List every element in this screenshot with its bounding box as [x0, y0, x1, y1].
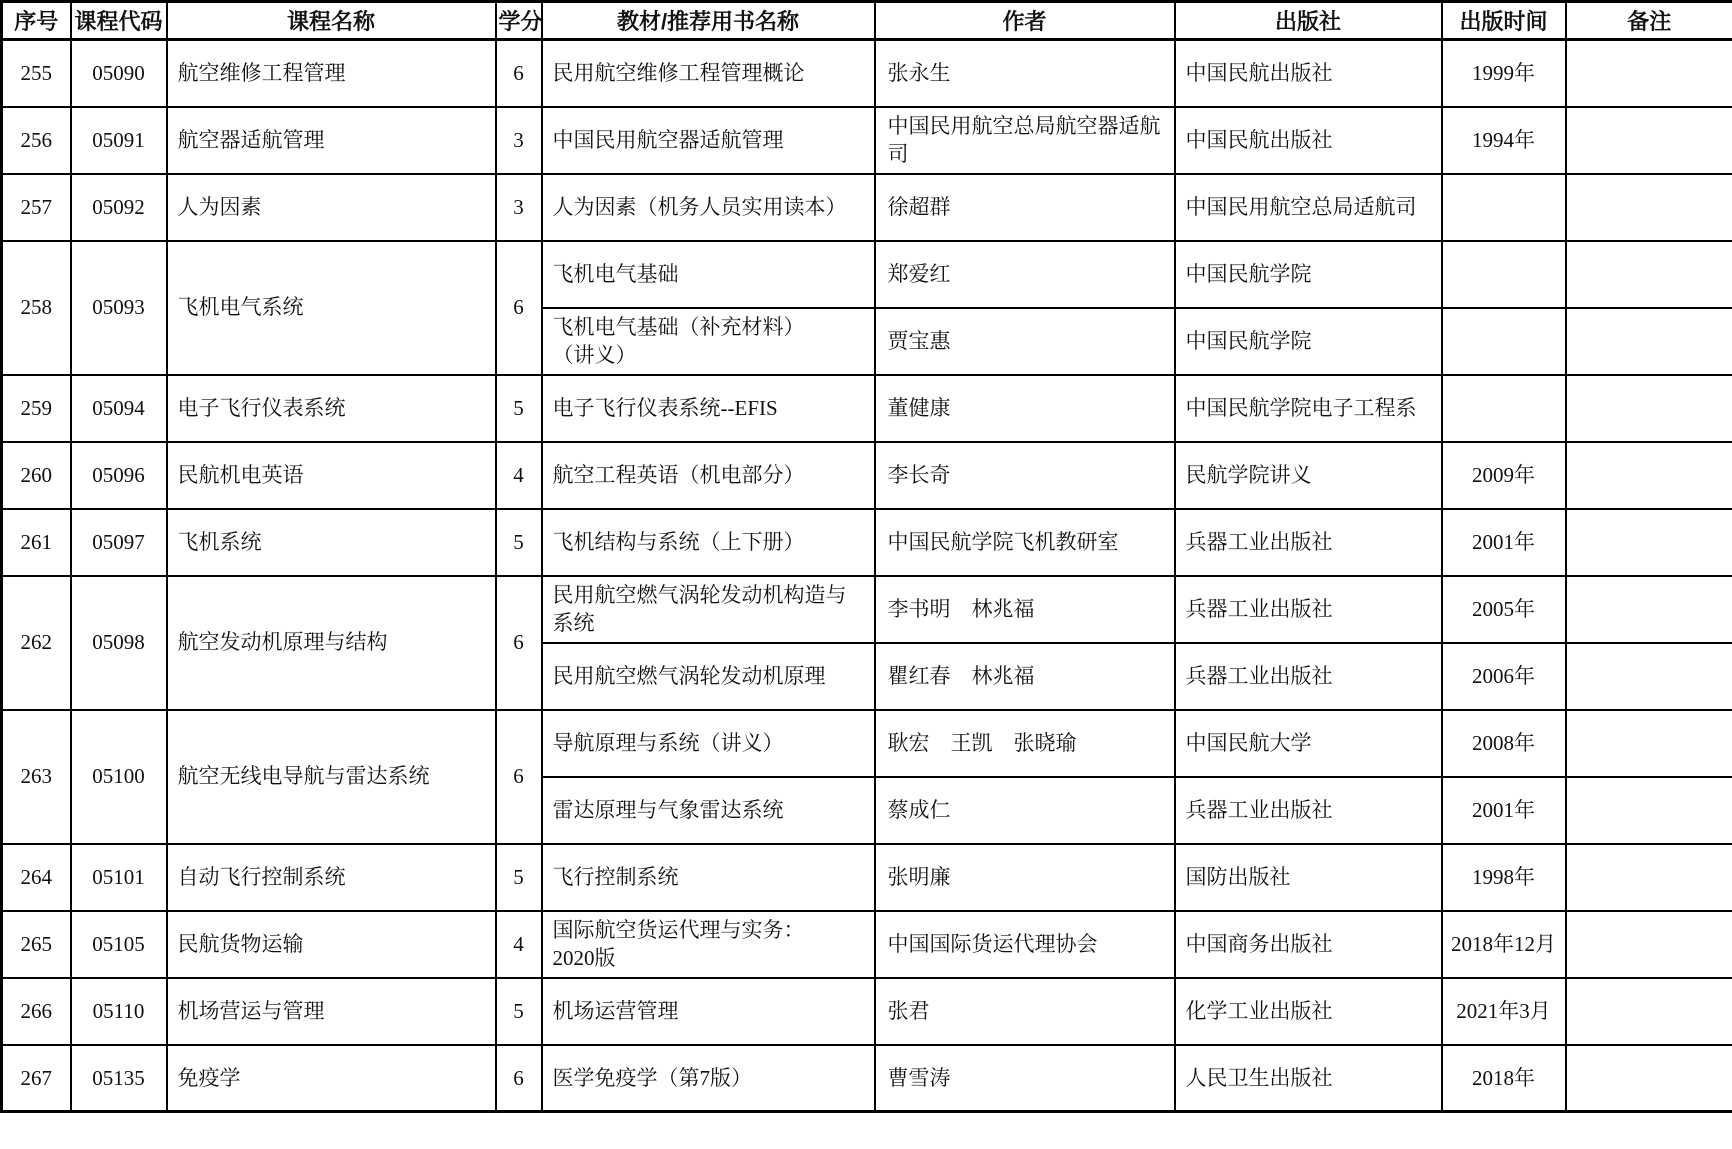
author-cell: 中国国际货运代理协会 — [875, 911, 1175, 978]
course-name-cell: 航空无线电导航与雷达系统 — [167, 710, 496, 844]
pub-date-cell: 1994年 — [1442, 107, 1566, 174]
note-cell — [1566, 375, 1732, 442]
publisher-cell: 兵器工业出版社 — [1175, 509, 1442, 576]
course-name-cell: 自动飞行控制系统 — [167, 844, 496, 911]
table-row: 25905094电子飞行仪表系统5电子飞行仪表系统--EFIS董健康中国民航学院… — [2, 375, 1732, 442]
credits-cell: 6 — [496, 576, 542, 710]
seq-cell: 264 — [2, 844, 71, 911]
seq-cell: 265 — [2, 911, 71, 978]
code-cell: 05105 — [71, 911, 167, 978]
course-name-cell: 民航货物运输 — [167, 911, 496, 978]
pub-date-cell: 2009年 — [1442, 442, 1566, 509]
book-title-cell: 人为因素（机务人员实用读本） — [542, 174, 875, 241]
note-cell — [1566, 1045, 1732, 1112]
course-name-cell: 航空器适航管理 — [167, 107, 496, 174]
publisher-cell: 中国商务出版社 — [1175, 911, 1442, 978]
seq-cell: 256 — [2, 107, 71, 174]
publisher-cell: 人民卫生出版社 — [1175, 1045, 1442, 1112]
seq-cell: 263 — [2, 710, 71, 844]
author-cell: 李长奇 — [875, 442, 1175, 509]
publisher-cell: 兵器工业出版社 — [1175, 643, 1442, 710]
header-row: 序号 课程代码 课程名称 学分 教材/推荐用书名称 作者 出版社 出版时间 备注 — [2, 2, 1732, 40]
note-cell — [1566, 308, 1732, 375]
author-cell: 耿宏 王凯 张晓瑜 — [875, 710, 1175, 777]
book-title-cell: 机场运营管理 — [542, 978, 875, 1045]
book-title-cell: 医学免疫学（第7版） — [542, 1045, 875, 1112]
table-row: 25505090航空维修工程管理6民用航空维修工程管理概论张永生中国民航出版社1… — [2, 40, 1732, 107]
table-row: 26205098航空发动机原理与结构6民用航空燃气涡轮发动机构造与 系统李书明 … — [2, 576, 1732, 643]
note-cell — [1566, 241, 1732, 308]
col-header-code: 课程代码 — [71, 2, 167, 40]
course-name-cell: 航空发动机原理与结构 — [167, 576, 496, 710]
seq-cell: 255 — [2, 40, 71, 107]
note-cell — [1566, 576, 1732, 643]
note-cell — [1566, 442, 1732, 509]
code-cell: 05101 — [71, 844, 167, 911]
code-cell: 05092 — [71, 174, 167, 241]
code-cell: 05096 — [71, 442, 167, 509]
credits-cell: 4 — [496, 442, 542, 509]
book-title-cell: 中国民用航空器适航管理 — [542, 107, 875, 174]
col-header-note: 备注 — [1566, 2, 1732, 40]
col-header-course: 课程名称 — [167, 2, 496, 40]
seq-cell: 258 — [2, 241, 71, 375]
author-cell: 徐超群 — [875, 174, 1175, 241]
credits-cell: 3 — [496, 107, 542, 174]
col-header-title: 教材/推荐用书名称 — [542, 2, 875, 40]
seq-cell: 257 — [2, 174, 71, 241]
table-body: 25505090航空维修工程管理6民用航空维修工程管理概论张永生中国民航出版社1… — [2, 40, 1732, 1112]
note-cell — [1566, 978, 1732, 1045]
book-title-cell: 电子飞行仪表系统--EFIS — [542, 375, 875, 442]
publisher-cell: 中国民航出版社 — [1175, 107, 1442, 174]
book-title-cell: 国际航空货运代理与实务： 2020版 — [542, 911, 875, 978]
pub-date-cell: 2021年3月 — [1442, 978, 1566, 1045]
credits-cell: 6 — [496, 40, 542, 107]
pub-date-cell — [1442, 174, 1566, 241]
course-name-cell: 机场营运与管理 — [167, 978, 496, 1045]
seq-cell: 262 — [2, 576, 71, 710]
credits-cell: 6 — [496, 1045, 542, 1112]
code-cell: 05098 — [71, 576, 167, 710]
course-name-cell: 飞机电气系统 — [167, 241, 496, 375]
publisher-cell: 民航学院讲义 — [1175, 442, 1442, 509]
code-cell: 05091 — [71, 107, 167, 174]
credits-cell: 5 — [496, 978, 542, 1045]
table-row: 26305100航空无线电导航与雷达系统6导航原理与系统（讲义）耿宏 王凯 张晓… — [2, 710, 1732, 777]
book-title-cell: 飞行控制系统 — [542, 844, 875, 911]
note-cell — [1566, 710, 1732, 777]
pub-date-cell — [1442, 241, 1566, 308]
author-cell: 张永生 — [875, 40, 1175, 107]
note-cell — [1566, 844, 1732, 911]
author-cell: 张君 — [875, 978, 1175, 1045]
seq-cell: 260 — [2, 442, 71, 509]
note-cell — [1566, 509, 1732, 576]
seq-cell: 267 — [2, 1045, 71, 1112]
course-name-cell: 人为因素 — [167, 174, 496, 241]
pub-date-cell: 2005年 — [1442, 576, 1566, 643]
col-header-author: 作者 — [875, 2, 1175, 40]
table-row: 26605110机场营运与管理5机场运营管理张君化学工业出版社2021年3月 — [2, 978, 1732, 1045]
seq-cell: 261 — [2, 509, 71, 576]
author-cell: 张明廉 — [875, 844, 1175, 911]
publisher-cell: 兵器工业出版社 — [1175, 777, 1442, 844]
seq-cell: 266 — [2, 978, 71, 1045]
course-name-cell: 航空维修工程管理 — [167, 40, 496, 107]
col-header-credits: 学分 — [496, 2, 542, 40]
note-cell — [1566, 911, 1732, 978]
author-cell: 瞿红春 林兆福 — [875, 643, 1175, 710]
pub-date-cell — [1442, 308, 1566, 375]
publisher-cell: 中国民航大学 — [1175, 710, 1442, 777]
credits-cell: 5 — [496, 509, 542, 576]
author-cell: 中国民用航空总局航空器适航 司 — [875, 107, 1175, 174]
publisher-cell: 中国民用航空总局适航司 — [1175, 174, 1442, 241]
book-title-cell: 雷达原理与气象雷达系统 — [542, 777, 875, 844]
note-cell — [1566, 643, 1732, 710]
code-cell: 05100 — [71, 710, 167, 844]
table-row: 26005096民航机电英语4航空工程英语（机电部分）李长奇民航学院讲义2009… — [2, 442, 1732, 509]
book-title-cell: 民用航空燃气涡轮发动机构造与 系统 — [542, 576, 875, 643]
pub-date-cell: 2001年 — [1442, 509, 1566, 576]
code-cell: 05110 — [71, 978, 167, 1045]
note-cell — [1566, 107, 1732, 174]
credits-cell: 5 — [496, 375, 542, 442]
table-row: 26105097飞机系统5飞机结构与系统（上下册）中国民航学院飞机教研室兵器工业… — [2, 509, 1732, 576]
author-cell: 蔡成仁 — [875, 777, 1175, 844]
note-cell — [1566, 777, 1732, 844]
author-cell: 贾宝惠 — [875, 308, 1175, 375]
code-cell: 05135 — [71, 1045, 167, 1112]
course-name-cell: 民航机电英语 — [167, 442, 496, 509]
table-row: 25805093飞机电气系统6飞机电气基础郑爱红中国民航学院 — [2, 241, 1732, 308]
publisher-cell: 中国民航学院电子工程系 — [1175, 375, 1442, 442]
credits-cell: 6 — [496, 710, 542, 844]
code-cell: 05094 — [71, 375, 167, 442]
course-name-cell: 电子飞行仪表系统 — [167, 375, 496, 442]
book-title-cell: 民用航空维修工程管理概论 — [542, 40, 875, 107]
author-cell: 曹雪涛 — [875, 1045, 1175, 1112]
note-cell — [1566, 174, 1732, 241]
pub-date-cell: 2001年 — [1442, 777, 1566, 844]
table-row: 26405101自动飞行控制系统5飞行控制系统张明廉国防出版社1998年 — [2, 844, 1732, 911]
table-row: 25705092人为因素3人为因素（机务人员实用读本）徐超群中国民用航空总局适航… — [2, 174, 1732, 241]
code-cell: 05097 — [71, 509, 167, 576]
publisher-cell: 国防出版社 — [1175, 844, 1442, 911]
publisher-cell: 中国民航学院 — [1175, 308, 1442, 375]
table-row: 26505105民航货物运输4国际航空货运代理与实务： 2020版中国国际货运代… — [2, 911, 1732, 978]
author-cell: 中国民航学院飞机教研室 — [875, 509, 1175, 576]
publisher-cell: 兵器工业出版社 — [1175, 576, 1442, 643]
col-header-date: 出版时间 — [1442, 2, 1566, 40]
code-cell: 05093 — [71, 241, 167, 375]
book-title-cell: 导航原理与系统（讲义） — [542, 710, 875, 777]
author-cell: 董健康 — [875, 375, 1175, 442]
seq-cell: 259 — [2, 375, 71, 442]
credits-cell: 4 — [496, 911, 542, 978]
col-header-seq: 序号 — [2, 2, 71, 40]
course-name-cell: 飞机系统 — [167, 509, 496, 576]
pub-date-cell — [1442, 375, 1566, 442]
publisher-cell: 化学工业出版社 — [1175, 978, 1442, 1045]
pub-date-cell: 1998年 — [1442, 844, 1566, 911]
book-title-cell: 飞机电气基础（补充材料） （讲义） — [542, 308, 875, 375]
book-title-cell: 飞机结构与系统（上下册） — [542, 509, 875, 576]
course-name-cell: 免疫学 — [167, 1045, 496, 1112]
publisher-cell: 中国民航出版社 — [1175, 40, 1442, 107]
code-cell: 05090 — [71, 40, 167, 107]
book-title-cell: 飞机电气基础 — [542, 241, 875, 308]
book-title-cell: 民用航空燃气涡轮发动机原理 — [542, 643, 875, 710]
credits-cell: 3 — [496, 174, 542, 241]
book-title-cell: 航空工程英语（机电部分） — [542, 442, 875, 509]
pub-date-cell: 1999年 — [1442, 40, 1566, 107]
table-row: 26705135免疫学6医学免疫学（第7版）曹雪涛人民卫生出版社2018年 — [2, 1045, 1732, 1112]
note-cell — [1566, 40, 1732, 107]
pub-date-cell: 2018年 — [1442, 1045, 1566, 1112]
credits-cell: 6 — [496, 241, 542, 375]
credits-cell: 5 — [496, 844, 542, 911]
pub-date-cell: 2018年12月 — [1442, 911, 1566, 978]
pub-date-cell: 2006年 — [1442, 643, 1566, 710]
publisher-cell: 中国民航学院 — [1175, 241, 1442, 308]
table-row: 25605091航空器适航管理3中国民用航空器适航管理中国民用航空总局航空器适航… — [2, 107, 1732, 174]
pub-date-cell: 2008年 — [1442, 710, 1566, 777]
author-cell: 李书明 林兆福 — [875, 576, 1175, 643]
author-cell: 郑爱红 — [875, 241, 1175, 308]
col-header-publisher: 出版社 — [1175, 2, 1442, 40]
course-textbook-table: 序号 课程代码 课程名称 学分 教材/推荐用书名称 作者 出版社 出版时间 备注… — [0, 0, 1732, 1113]
